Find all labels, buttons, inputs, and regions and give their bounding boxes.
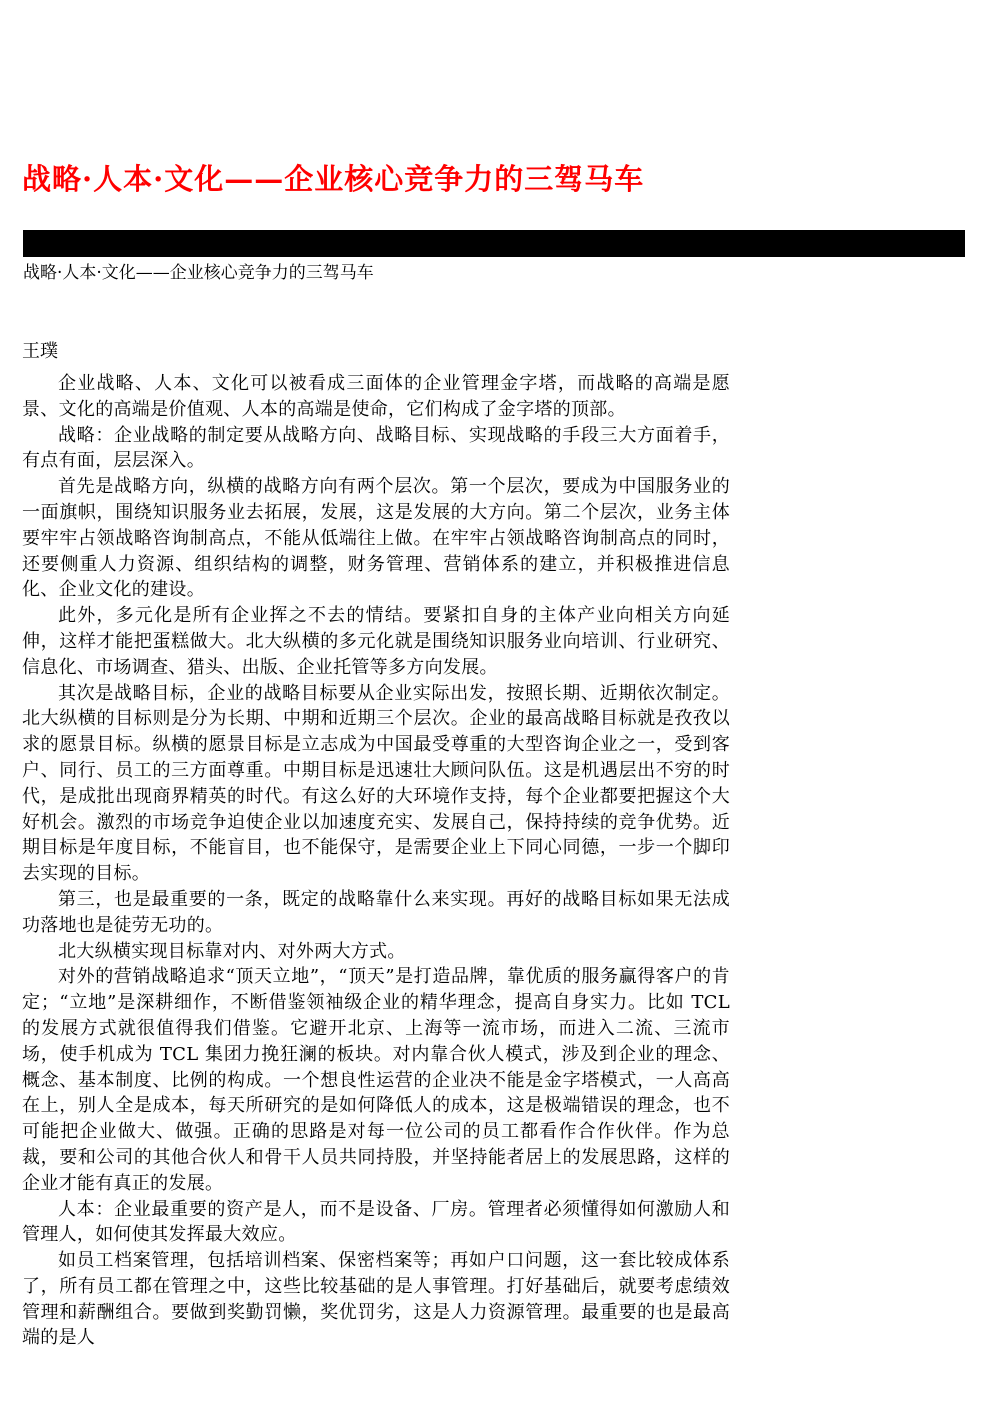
paragraph: 第三，也是最重要的一条，既定的战略靠什么来实现。再好的战略目标如果无法成功落地也… — [22, 887, 730, 939]
document-page: 战略·人本·文化——企业核心竞争力的三驾马车 战略·人本·文化——企业核心竞争力… — [0, 0, 993, 1404]
paragraph: 此外，多元化是所有企业挥之不去的情结。要紧扣自身的主体产业向相关方向延伸，这样才… — [22, 603, 730, 680]
paragraph: 北大纵横实现目标靠对内、对外两大方式。 — [22, 939, 730, 965]
paragraph: 企业战略、人本、文化可以被看成三面体的企业管理金字塔，而战略的高端是愿景、文化的… — [22, 371, 730, 423]
paragraph: 人本：企业最重要的资产是人，而不是设备、厂房。管理者必须懂得如何激励人和管理人，… — [22, 1197, 730, 1249]
paragraph: 首先是战略方向，纵横的战略方向有两个层次。第一个层次，要成为中国服务业的一面旗帜… — [22, 474, 730, 603]
document-title: 战略·人本·文化——企业核心竞争力的三驾马车 — [0, 0, 993, 196]
paragraph: 对外的营销战略追求“顶天立地”，“顶天”是打造品牌，靠优质的服务赢得客户的肯定；… — [22, 964, 730, 1196]
paragraph: 如员工档案管理，包括培训档案、保密档案等；再如户口问题，这一套比较成体系了，所有… — [22, 1248, 730, 1351]
author-name: 王璞 — [22, 339, 993, 365]
running-head: 战略·人本·文化——企业核心竞争力的三驾马车 — [23, 263, 993, 283]
paragraph: 战略：企业战略的制定要从战略方向、战略目标、实现战略的手段三大方面着手，有点有面… — [22, 423, 730, 475]
header-divider-bar — [23, 230, 965, 257]
paragraph: 其次是战略目标，企业的战略目标要从企业实际出发，按照长期、近期依次制定。北大纵横… — [22, 681, 730, 887]
article-body: 企业战略、人本、文化可以被看成三面体的企业管理金字塔，而战略的高端是愿景、文化的… — [22, 371, 730, 1351]
